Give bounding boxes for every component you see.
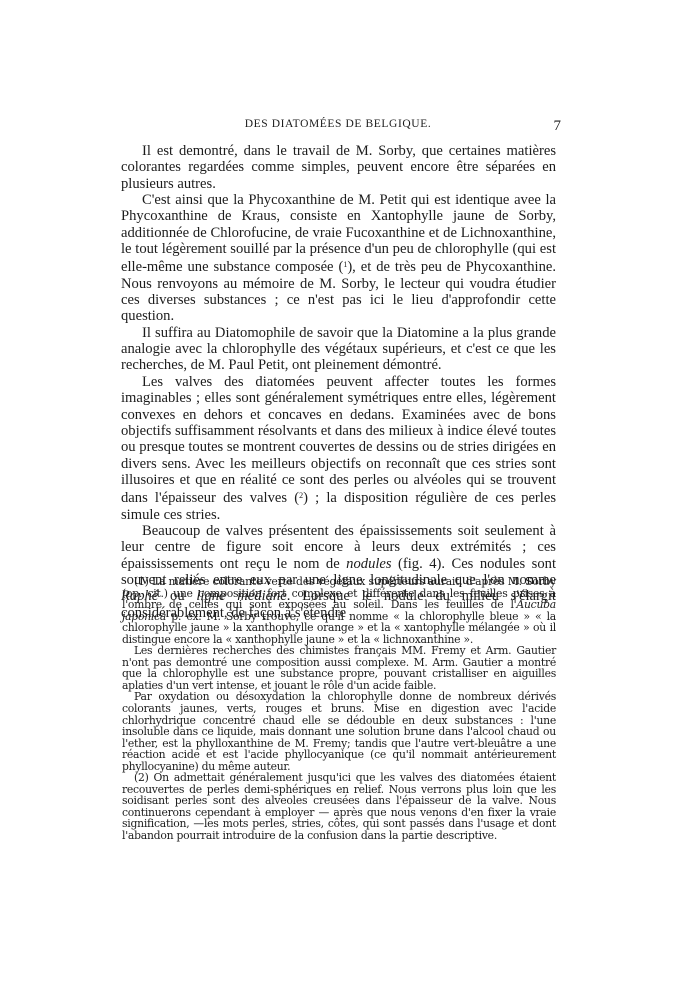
running-title: DES DIATOMÉES DE BELGIQUE. [121, 118, 555, 130]
footnote-1-continued-b: Par oxydation ou désoxydation la chlorop… [122, 691, 556, 772]
page-number: 7 [554, 118, 562, 135]
footnote-2-text: On admettait généralement jusqu'ici que … [122, 771, 556, 842]
footnote-2: (2) On admettait généralement jusqu'ici … [122, 772, 556, 841]
paragraph-4: Les valves des diatomées peuvent affecte… [121, 374, 556, 523]
footnotes: (1) La matière colorante verte des végét… [122, 576, 556, 842]
paragraph-3: Il suffira au Diatomophile de savoir que… [121, 325, 556, 374]
footnote-1-text-b: p. ex. M. Sorby trouve, ce qu'il nomme «… [122, 610, 556, 646]
footnote-1: (1) La matière colorante verte des végét… [122, 576, 556, 645]
paragraph-4-text-a: Les valves des diatomées peuvent affecte… [121, 374, 556, 506]
book-page: DES DIATOMÉES DE BELGIQUE. 7 Il est demo… [0, 0, 700, 1005]
main-text: Il est demontré, dans le travail de M. S… [121, 143, 556, 621]
paragraph-1: Il est demontré, dans le travail de M. S… [121, 143, 556, 192]
paragraph-2: C'est ainsi que la Phycoxanthine de M. P… [121, 192, 556, 325]
footnote-1-text-a: La matière colorante verte des végétaux … [122, 575, 556, 611]
footnote-1-continued-a: Les dernières recherches des chimistes f… [122, 645, 556, 691]
running-header: DES DIATOMÉES DE BELGIQUE. 7 [121, 116, 555, 134]
term-nodules: nodules [346, 556, 391, 572]
